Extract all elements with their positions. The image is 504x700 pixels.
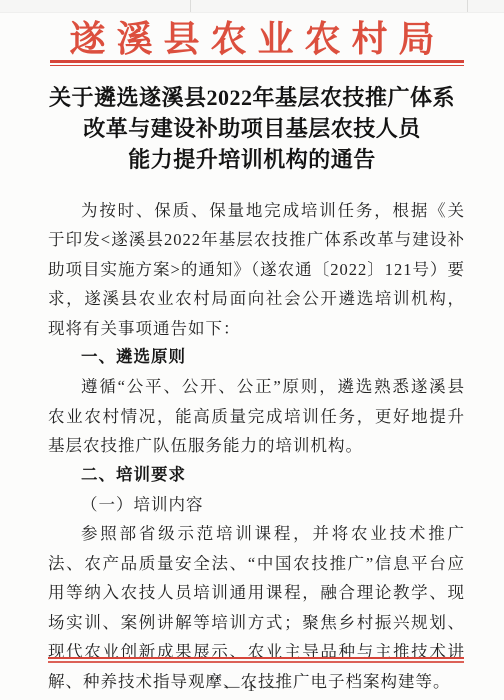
section-1-paragraph: 遵循“公平、公开、公正”原则，遴选熟悉遂溪县农业农村情况，能高质量完成培训任务，… [48, 372, 465, 460]
section-2-subheading: （一）培训内容 [48, 490, 465, 519]
header-divider [50, 60, 464, 66]
section-1-heading: 一、遴选原则 [48, 343, 465, 372]
footer-divider [48, 657, 464, 663]
document-body: 为按时、保质、保量地完成培训任务，根据《关于印发<遂溪县2022年基层农技推广体… [48, 196, 465, 696]
intro-paragraph: 为按时、保质、保量地完成培训任务，根据《关于印发<遂溪县2022年基层农技推广体… [48, 196, 465, 343]
header-divider-thin-line [50, 65, 464, 66]
section-2-paragraph: 参照部省级示范培训课程，并将农业技术推广法、农产品质量安全法、“中国农技推广”信… [48, 519, 465, 695]
section-2-heading: 二、培训要求 [48, 461, 465, 490]
header-divider-thick-line [50, 60, 464, 63]
title-line-3: 能力提升培训机构的通告 [0, 144, 504, 175]
agency-name: 遂溪县农业农村局 [0, 11, 504, 62]
document-title: 关于遴选遂溪县2022年基层农技推广体系 改革与建设补助项目基层农技人员 能力提… [0, 82, 504, 175]
document-page: 遂溪县农业农村局 关于遴选遂溪县2022年基层农技推广体系 改革与建设补助项目基… [0, 0, 504, 700]
footer-divider-line-1 [48, 657, 464, 659]
title-line-1: 关于遴选遂溪县2022年基层农技推广体系 [0, 82, 504, 113]
footer-divider-line-2 [48, 661, 464, 663]
page-number: — 1 — [0, 679, 504, 696]
title-line-2: 改革与建设补助项目基层农技人员 [0, 113, 504, 144]
